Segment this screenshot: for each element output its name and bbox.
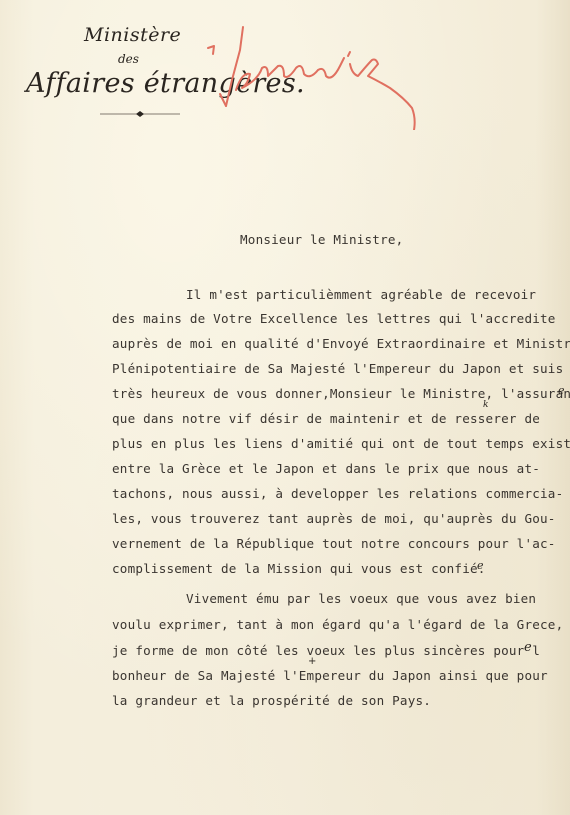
- letter-line: des mains de Votre Excellence les lettre…: [112, 311, 556, 326]
- letter-line: bonheur de Sa Majesté l'Empereur du Japo…: [112, 668, 548, 683]
- letter-line: entre la Grèce et le Japon et dans le pr…: [112, 461, 540, 476]
- letter-line: voulu exprimer, tant à mon égard qu'a l'…: [112, 617, 563, 632]
- correction-e-line5: e: [558, 384, 565, 397]
- letter-line: complissement de la Mission qui vous est…: [112, 561, 486, 576]
- red-pencil-signature: [200, 10, 490, 130]
- letter-line: tachons, nous aussi, à developper les re…: [112, 486, 563, 501]
- letterhead-des: des: [118, 52, 139, 66]
- salutation: Monsieur le Ministre,: [240, 232, 403, 247]
- letter-line: que dans notre vif désir de maintenir et…: [112, 411, 540, 426]
- letter-line: très heureux de vous donner,Monsieur le …: [112, 386, 570, 401]
- correction-e-line15: e: [524, 640, 532, 655]
- letter-line: Vivement ému par les voeux que vous avez…: [186, 591, 536, 606]
- letter-line: auprès de moi en qualité d'Envoyé Extrao…: [112, 336, 570, 351]
- ornament-divider-icon: [100, 108, 180, 120]
- letter-line: vernement de la République tout notre co…: [112, 536, 556, 551]
- letter-line: Il m'est particulièmment agréable de rec…: [186, 287, 536, 302]
- correction-e-line12: e: [477, 559, 484, 572]
- letter-line: Plénipotentiaire de Sa Majesté l'Empereu…: [112, 361, 563, 376]
- document-page: Ministère des Affaires étrangères. Monsi…: [0, 0, 570, 815]
- correction-plus-mark: +: [308, 656, 317, 667]
- letter-line: la grandeur et la prospérité de son Pays…: [112, 693, 431, 708]
- correction-k-caret: k: [483, 400, 489, 410]
- letter-line: je forme de mon côté les voeux les plus …: [112, 643, 540, 658]
- letterhead-ministere: Ministère: [84, 24, 181, 46]
- letter-line: plus en plus les liens d'amitié qui ont …: [112, 436, 570, 451]
- letter-line: les, vous trouverez tant auprès de moi, …: [112, 511, 556, 526]
